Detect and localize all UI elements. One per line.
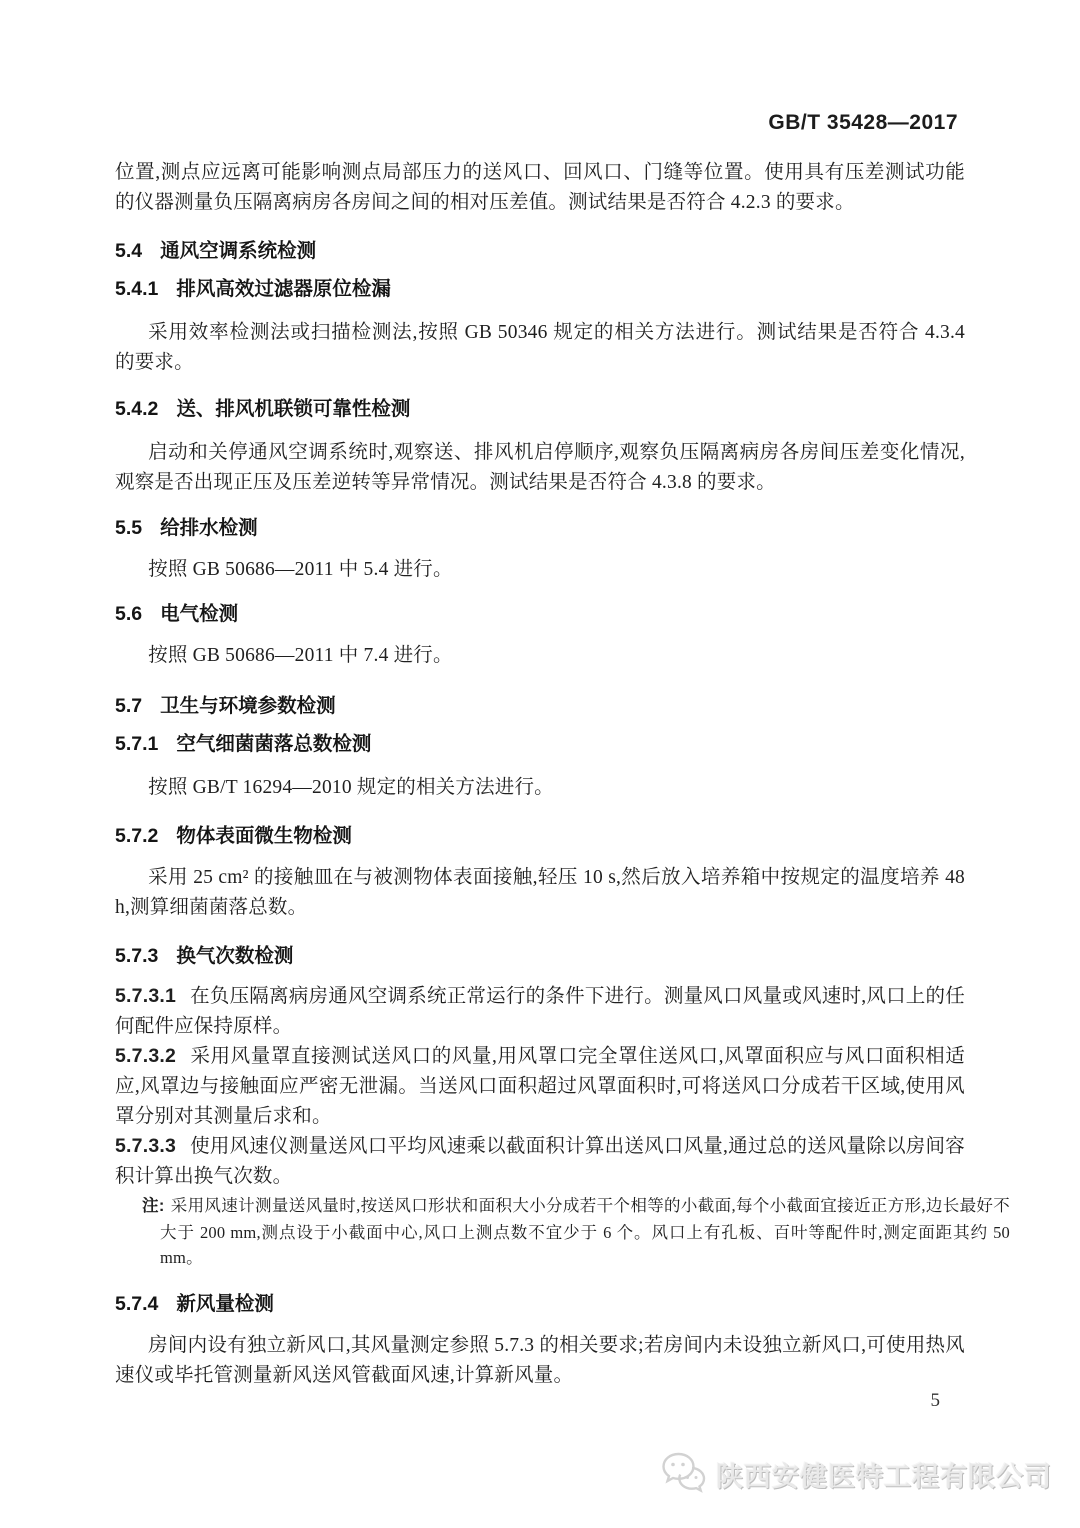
clause-number: 5.7.3: [115, 945, 158, 967]
body-paragraph: 启动和关停通风空调系统时,观察送、排风机启停顺序,观察负压隔离病房各房间压差变化…: [115, 438, 965, 498]
clause-number: 5.7.3.3: [115, 1135, 176, 1157]
clause-number: 5.7.1: [115, 733, 158, 755]
body-paragraph: 采用 25 cm² 的接触皿在与被测物体表面接触,轻压 10 s,然后放入培养箱…: [115, 863, 965, 923]
clause-number: 5.7.3.1: [115, 985, 176, 1007]
clause-title: 卫生与环境参数检测: [160, 695, 336, 717]
section-heading-5-4: 5.4通风空调系统检测: [115, 238, 965, 264]
note-paragraph: 注:采用风速计测量送风量时,按送风口形状和面积大小分成若干个相等的小截面,每个小…: [115, 1193, 1010, 1271]
clause-paragraph-5-7-3-2: 5.7.3.2采用风量罩直接测试送风口的风量,用风罩口完全罩住送风口,风罩面积应…: [115, 1041, 965, 1132]
clause-number: 5.5: [115, 517, 142, 539]
body-paragraph: 位置,测点应远离可能影响测点局部压力的送风口、回风口、门缝等位置。使用具有压差测…: [115, 158, 965, 218]
body-paragraph: 按照 GB/T 16294—2010 规定的相关方法进行。: [115, 773, 965, 803]
section-heading-5-7-1: 5.7.1空气细菌菌落总数检测: [115, 731, 965, 757]
clause-number: 5.7.2: [115, 825, 158, 847]
note-label: 注:: [142, 1197, 165, 1215]
clause-number: 5.4: [115, 240, 142, 262]
body-paragraph: 房间内设有独立新风口,其风量测定参照 5.7.3 的相关要求;若房间内未设独立新…: [115, 1331, 965, 1391]
company-watermark-text: 陕西安健医特工程有限公司: [716, 1455, 1052, 1494]
document-page: GB/T 35428—2017 位置,测点应远离可能影响测点局部压力的送风口、回…: [0, 0, 1080, 1528]
note-text: 采用风速计测量送风量时,按送风口形状和面积大小分成若干个相等的小截面,每个小截面…: [160, 1196, 1010, 1267]
clause-number: 5.4.2: [115, 398, 158, 420]
body-paragraph: 采用效率检测法或扫描检测法,按照 GB 50346 规定的相关方法进行。测试结果…: [115, 318, 965, 378]
clause-title: 空气细菌菌落总数检测: [176, 733, 371, 755]
clause-number: 5.7.3.2: [115, 1045, 176, 1067]
section-heading-5-4-1: 5.4.1排风高效过滤器原位检漏: [115, 276, 965, 302]
clause-number: 5.6: [115, 603, 142, 625]
clause-text: 使用风速仪测量送风口平均风速乘以截面积计算出送风口风量,通过总的送风量除以房间容…: [115, 1136, 965, 1187]
clause-paragraph-5-7-3-1: 5.7.3.1在负压隔离病房通风空调系统正常运行的条件下进行。测量风口风量或风速…: [115, 981, 965, 1042]
page-number: 5: [931, 1390, 941, 1412]
clause-text: 在负压隔离病房通风空调系统正常运行的条件下进行。测量风口风量或风速时,风口上的任…: [115, 986, 965, 1037]
clause-paragraph-5-7-3-3: 5.7.3.3使用风速仪测量送风口平均风速乘以截面积计算出送风口风量,通过总的送…: [115, 1131, 965, 1192]
section-heading-5-5: 5.5给排水检测: [115, 515, 965, 541]
clause-number: 5.4.1: [115, 278, 158, 300]
clause-title: 电气检测: [160, 603, 238, 625]
watermark-footer: 陕西安健医特工程有限公司: [660, 1448, 1052, 1500]
section-heading-5-6: 5.6电气检测: [115, 601, 965, 627]
body-paragraph: 按照 GB 50686—2011 中 5.4 进行。: [115, 555, 965, 585]
clause-title: 新风量检测: [176, 1293, 274, 1315]
section-heading-5-7-2: 5.7.2物体表面微生物检测: [115, 823, 965, 849]
clause-title: 给排水检测: [160, 517, 258, 539]
clause-title: 送、排风机联锁可靠性检测: [176, 398, 410, 420]
body-paragraph: 按照 GB 50686—2011 中 7.4 进行。: [115, 641, 965, 671]
section-heading-5-7-3: 5.7.3换气次数检测: [115, 943, 965, 969]
clause-title: 物体表面微生物检测: [176, 825, 352, 847]
section-heading-5-7-4: 5.7.4新风量检测: [115, 1291, 965, 1317]
section-heading-5-4-2: 5.4.2送、排风机联锁可靠性检测: [115, 396, 965, 422]
wechat-logo-icon: [660, 1450, 706, 1498]
clause-title: 排风高效过滤器原位检漏: [176, 278, 391, 300]
clause-number: 5.7: [115, 695, 142, 717]
clause-number: 5.7.4: [115, 1293, 158, 1315]
clause-title: 通风空调系统检测: [160, 240, 316, 262]
clause-title: 换气次数检测: [176, 945, 293, 967]
clause-text: 采用风量罩直接测试送风口的风量,用风罩口完全罩住送风口,风罩面积应与风口面积相适…: [115, 1046, 965, 1127]
standard-number-header: GB/T 35428—2017: [768, 111, 958, 135]
section-heading-5-7: 5.7卫生与环境参数检测: [115, 693, 965, 719]
